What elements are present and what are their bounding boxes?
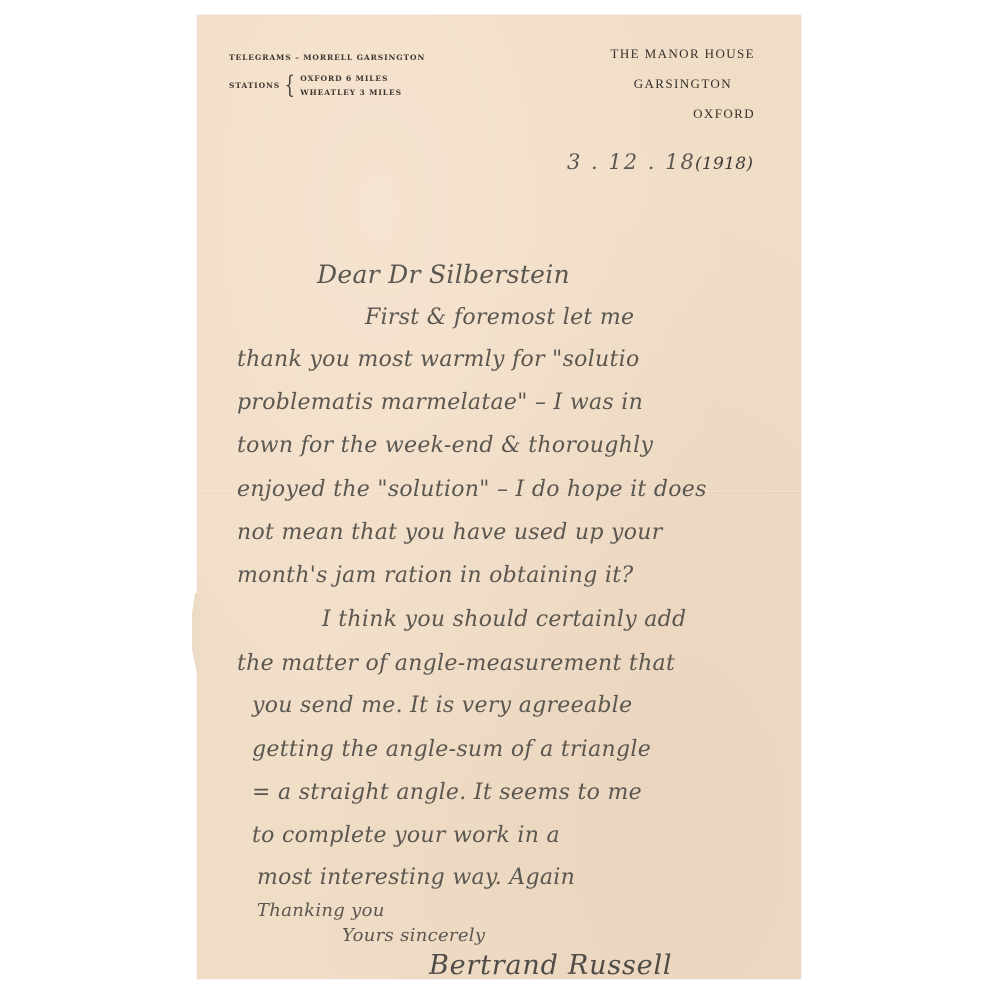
letter-line: to complete your work in a — [252, 823, 560, 848]
brace-icon: { — [285, 73, 296, 97]
letter-line: the matter of angle-measurement that — [237, 651, 675, 676]
address-village: GARSINGTON — [634, 77, 732, 90]
letterhead-stations: STATIONS { OXFORD 6 MILES WHEATLEY 3 MIL… — [229, 73, 425, 97]
letter-line: First & foremost let me — [365, 305, 634, 330]
letterhead-telegrams: TELEGRAMS – MORRELL GARSINGTON — [229, 53, 425, 62]
letter-line: town for the week-end & thoroughly — [237, 433, 653, 458]
address-city: OXFORD — [693, 107, 755, 120]
letter-paper: TELEGRAMS – MORRELL GARSINGTON STATIONS … — [197, 15, 801, 979]
letter-line: I think you should certainly add — [322, 607, 686, 632]
letter-line: enjoyed the "solution" – I do hope it do… — [237, 477, 707, 502]
letter-line: most interesting way. Again — [257, 865, 575, 890]
stations-label: STATIONS — [229, 81, 280, 90]
station-item: WHEATLEY 3 MILES — [300, 88, 402, 97]
letter-line: not mean that you have used up your — [237, 520, 663, 545]
closing-thanks: Thanking you — [257, 900, 385, 921]
salutation: Dear Dr Silberstein — [317, 260, 570, 289]
signature: Bertrand Russell — [429, 950, 672, 981]
letter-date: 3 . 12 . 18 — [567, 150, 696, 174]
letterhead-contact-block: TELEGRAMS – MORRELL GARSINGTON STATIONS … — [229, 53, 425, 97]
letter-line: month's jam ration in obtaining it? — [237, 563, 633, 588]
letter-line: getting the angle-sum of a triangle — [252, 737, 651, 762]
date-annotation: (1918) — [695, 154, 753, 174]
letter-line: problematis marmelatae" – I was in — [237, 390, 643, 415]
address-house: THE MANOR HOUSE — [611, 47, 756, 60]
station-list: OXFORD 6 MILES WHEATLEY 3 MILES — [300, 74, 402, 97]
letter-line: thank you most warmly for "solutio — [237, 347, 640, 372]
letter-line: you send me. It is very agreeable — [252, 693, 632, 718]
station-item: OXFORD 6 MILES — [300, 74, 402, 83]
closing-valediction: Yours sincerely — [342, 925, 485, 946]
letter-line: = a straight angle. It seems to me — [252, 780, 642, 805]
paper-tear — [192, 593, 200, 673]
